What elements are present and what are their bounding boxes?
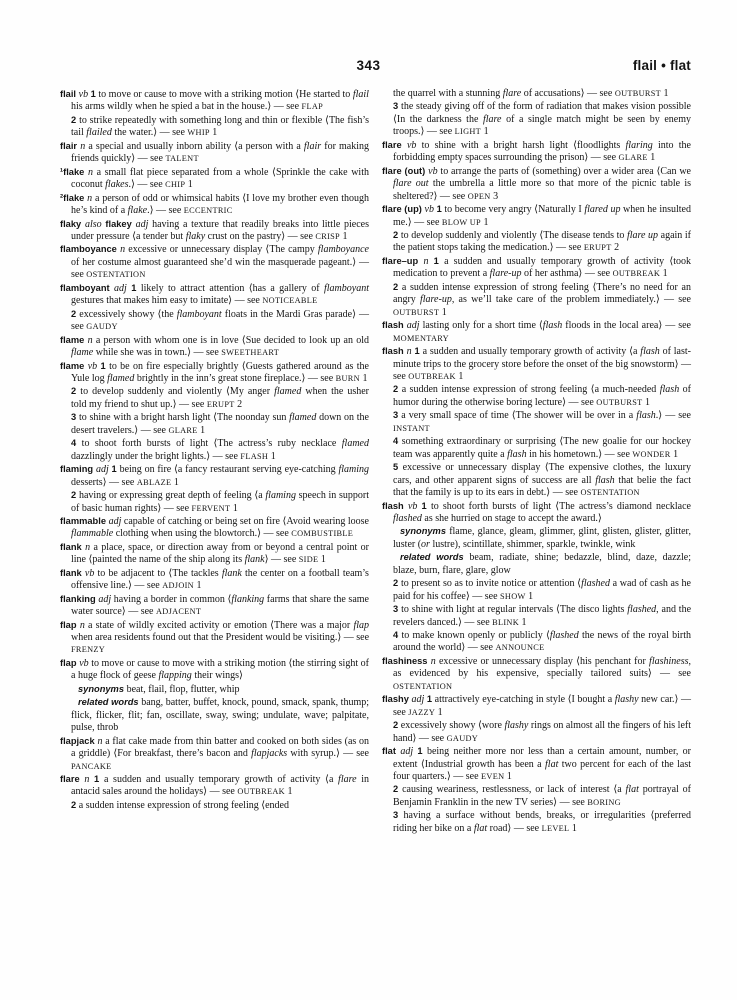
entry-flare-n-continued: the quarrel with a stunning flare of acc… <box>382 88 691 139</box>
entry-paragraph: flap n a state of wildly excited activit… <box>60 619 369 657</box>
entry-paragraph: flash n 1 a sudden and usually temporary… <box>382 345 691 383</box>
entry-paragraph: flap vb to move or cause to move with a … <box>60 657 369 683</box>
entry-flashy-adj: flashy adj 1 attractively eye-catching i… <box>382 693 691 745</box>
entry-paragraph: the quarrel with a stunning flare of acc… <box>382 88 691 100</box>
entry-flash-vb: flash vb 1 to shoot forth bursts of ligh… <box>382 500 691 655</box>
entry-paragraph: 3 to shine with light at regular interva… <box>382 603 691 629</box>
entry-paragraph: flair n a special and usually inborn abi… <box>60 140 369 166</box>
entry-flame-vb: flame vb 1 to be on fire especially brig… <box>60 360 369 464</box>
dictionary-page: 343 flail • flat flail vb 1 to move or c… <box>0 0 737 1000</box>
entry-paragraph: flare vb to shine with a bright harsh li… <box>382 139 691 165</box>
entry-flapjack-n: flapjack n a flat cake made from thin ba… <box>60 735 369 773</box>
entry-flank-vb: flank vb to be adjacent to ⟨The tackles … <box>60 567 369 593</box>
entry-paragraph: flammable adj capable of catching or bei… <box>60 515 369 541</box>
entry-paragraph: flare–up n 1 a sudden and usually tempor… <box>382 255 691 281</box>
entry-paragraph: 2 excessively showy ⟨wore flashy rings o… <box>382 719 691 745</box>
entry-paragraph: 3 a very small space of time ⟨The shower… <box>382 409 691 435</box>
entry-flat-adj: flat adj 1 being neither more nor less t… <box>382 745 691 835</box>
entry-paragraph: 3 having a surface without bends, breaks… <box>382 809 691 835</box>
entry-paragraph: flare n 1 a sudden and usually temporary… <box>60 773 369 799</box>
entry-paragraph: flaming adj 1 being on fire ⟨a fancy res… <box>60 463 369 489</box>
running-head: 343 flail • flat <box>0 58 737 78</box>
entry-paragraph: flamboyance n excessive or unnecessary d… <box>60 243 369 281</box>
entry-flamboyance-n: flamboyance n excessive or unnecessary d… <box>60 243 369 281</box>
entry-paragraph: 2 having or expressing great depth of fe… <box>60 489 369 515</box>
entry-paragraph: flamboyant adj 1 likely to attract atten… <box>60 282 369 308</box>
entry-paragraph: flash vb 1 to shoot forth bursts of ligh… <box>382 500 691 526</box>
entry-paragraph: flank vb to be adjacent to ⟨The tackles … <box>60 567 369 593</box>
entry-flap-n: flap n a state of wildly excited activit… <box>60 619 369 657</box>
entry-flair-n: flair n a special and usually inborn abi… <box>60 140 369 166</box>
entry-paragraph: flashy adj 1 attractively eye-catching i… <box>382 693 691 719</box>
entry-flaming-adj: flaming adj 1 being on fire ⟨a fancy res… <box>60 463 369 515</box>
entry-paragraph: 2 excessively showy ⟨the flamboyant floa… <box>60 308 369 334</box>
entry-paragraph: flame vb 1 to be on fire especially brig… <box>60 360 369 386</box>
guide-words: flail • flat <box>633 58 691 73</box>
entry-paragraph: flare (up) vb 1 to become very angry ⟨Na… <box>382 203 691 229</box>
entry-paragraph: 2 to strike repeatedly with something lo… <box>60 114 369 140</box>
entry-flare-vb: flare vb to shine with a bright harsh li… <box>382 139 691 165</box>
entry-paragraph: 2 causing weariness, restlessness, or la… <box>382 783 691 809</box>
entry-paragraph: ²flake n a person of odd or whimsical ha… <box>60 192 369 218</box>
entry-flash-adj: flash adj lasting only for a short time … <box>382 319 691 345</box>
entry-flake-1-n: ¹flake n a small flat piece separated fr… <box>60 166 369 192</box>
entry-paragraph: flat adj 1 being neither more nor less t… <box>382 745 691 783</box>
entry-paragraph: synonyms flame, glance, gleam, glimmer, … <box>382 525 691 551</box>
entry-paragraph: flaky also flakey adj having a texture t… <box>60 218 369 244</box>
entry-paragraph: 2 to present so as to invite notice or a… <box>382 577 691 603</box>
entry-flanking-adj: flanking adj having a border in common ⟨… <box>60 593 369 619</box>
entry-paragraph: 2 a sudden intense expression of strong … <box>60 799 369 812</box>
entry-paragraph: 2 a sudden intense expression of strong … <box>382 383 691 409</box>
entry-flap-vb: flap vb to move or cause to move with a … <box>60 657 369 735</box>
entry-paragraph: flank n a place, space, or direction awa… <box>60 541 369 567</box>
entry-paragraph: 2 a sudden intense expression of strong … <box>382 281 691 319</box>
entry-flank-n: flank n a place, space, or direction awa… <box>60 541 369 567</box>
entry-paragraph: 2 to develop suddenly and violently ⟨The… <box>382 229 691 255</box>
entry-paragraph: synonyms beat, flail, flop, flutter, whi… <box>60 683 369 696</box>
entry-paragraph: 3 the steady giving off of the form of r… <box>382 100 691 138</box>
entry-flare-up-vb: flare (up) vb 1 to become very angry ⟨Na… <box>382 203 691 255</box>
entry-flash-n: flash n 1 a sudden and usually temporary… <box>382 345 691 499</box>
entry-paragraph: 3 to shine with a bright harsh light ⟨Th… <box>60 411 369 437</box>
entry-paragraph: flail vb 1 to move or cause to move with… <box>60 88 369 114</box>
entry-paragraph: flash adj lasting only for a short time … <box>382 319 691 345</box>
entry-paragraph: related words bang, batter, buffet, knoc… <box>60 696 369 734</box>
entry-paragraph: 4 something extraordinary or surprising … <box>382 435 691 461</box>
entry-flare-out-vb: flare (out) vb to arrange the parts of (… <box>382 165 691 203</box>
entry-paragraph: 5 excessive or unnecessary display ⟨The … <box>382 461 691 499</box>
entry-flame-n: flame n a person with whom one is in lov… <box>60 334 369 360</box>
entry-paragraph: flashiness n excessive or unnecessary di… <box>382 655 691 693</box>
column-left: flail vb 1 to move or cause to move with… <box>60 88 369 835</box>
entry-paragraph: 4 to shoot forth bursts of light ⟨The ac… <box>60 437 369 463</box>
entry-flashiness-n: flashiness n excessive or unnecessary di… <box>382 655 691 693</box>
entry-flare-n: flare n 1 a sudden and usually temporary… <box>60 773 369 812</box>
entry-flaky-adj: flaky also flakey adj having a texture t… <box>60 218 369 244</box>
entry-flare-up-n: flare–up n 1 a sudden and usually tempor… <box>382 255 691 319</box>
column-right: the quarrel with a stunning flare of acc… <box>382 88 691 835</box>
entry-flake-2-n: ²flake n a person of odd or whimsical ha… <box>60 192 369 218</box>
entry-flail-vb: flail vb 1 to move or cause to move with… <box>60 88 369 140</box>
entry-flammable-adj: flammable adj capable of catching or bei… <box>60 515 369 541</box>
entry-paragraph: ¹flake n a small flat piece separated fr… <box>60 166 369 192</box>
text-columns: flail vb 1 to move or cause to move with… <box>0 78 737 835</box>
entry-paragraph: flapjack n a flat cake made from thin ba… <box>60 735 369 773</box>
entry-paragraph: 2 to develop suddenly and violently ⟨My … <box>60 385 369 411</box>
entry-paragraph: related words beam, radiate, shine; beda… <box>382 551 691 577</box>
entry-paragraph: flare (out) vb to arrange the parts of (… <box>382 165 691 203</box>
page-number: 343 <box>0 58 737 73</box>
entry-paragraph: flanking adj having a border in common ⟨… <box>60 593 369 619</box>
entry-paragraph: 4 to make known openly or publicly ⟨flas… <box>382 629 691 655</box>
entry-paragraph: flame n a person with whom one is in lov… <box>60 334 369 360</box>
entry-flamboyant-adj: flamboyant adj 1 likely to attract atten… <box>60 282 369 334</box>
